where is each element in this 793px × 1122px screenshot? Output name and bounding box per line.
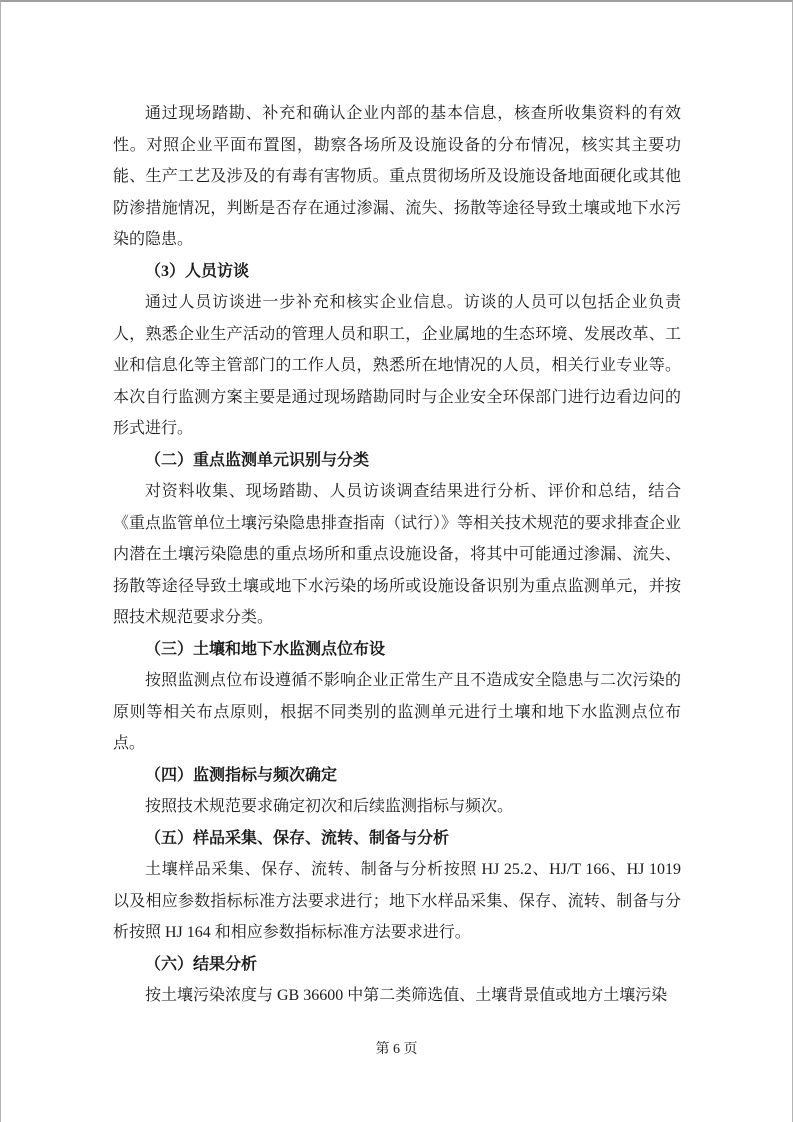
paragraph-site-survey: 通过现场踏勘、补充和确认企业内部的基本信息，核查所收集资料的有效性。对照企业平面… (113, 98, 681, 256)
page-footer: 第 6 页 (1, 1040, 792, 1060)
section-heading-indicators-frequency: （四）监测指标与频次确定 (113, 760, 681, 792)
document-page: 通过现场踏勘、补充和确认企业内部的基本信息，核查所收集资料的有效性。对照企业平面… (0, 0, 793, 1122)
paragraph-personnel-interview: 通过人员访谈进一步补充和核实企业信息。访谈的人员可以包括企业负责人，熟悉企业生产… (113, 287, 681, 445)
paragraph-sample-collection: 土壤样品采集、保存、流转、制备与分析按照 HJ 25.2、HJ/T 166、HJ… (113, 854, 681, 949)
section-heading-result-analysis: （六）结果分析 (113, 949, 681, 981)
section-heading-monitoring-point-layout: （三）土壤和地下水监测点位布设 (113, 634, 681, 666)
paragraph-key-monitoring-unit: 对资料收集、现场踏勘、人员访谈调查结果进行分析、评价和总结，结合《重点监管单位土… (113, 476, 681, 634)
page-number: 第 6 页 (376, 1042, 418, 1057)
section-heading-key-monitoring-unit: （二）重点监测单元识别与分类 (113, 445, 681, 477)
section-heading-personnel-interview: （3）人员访谈 (113, 256, 681, 288)
paragraph-indicators-frequency: 按照技术规范要求确定初次和后续监测指标与频次。 (113, 791, 681, 823)
paragraph-result-analysis: 按土壤污染浓度与 GB 36600 中第二类筛选值、土壤背景值或地方土壤污染 (113, 980, 681, 1012)
section-heading-sample-collection: （五）样品采集、保存、流转、制备与分析 (113, 823, 681, 855)
paragraph-monitoring-point-layout: 按照监测点位布设遵循不影响企业正常生产且不造成安全隐患与二次污染的原则等相关布点… (113, 665, 681, 760)
document-body: 通过现场踏勘、补充和确认企业内部的基本信息，核查所收集资料的有效性。对照企业平面… (113, 98, 681, 1012)
